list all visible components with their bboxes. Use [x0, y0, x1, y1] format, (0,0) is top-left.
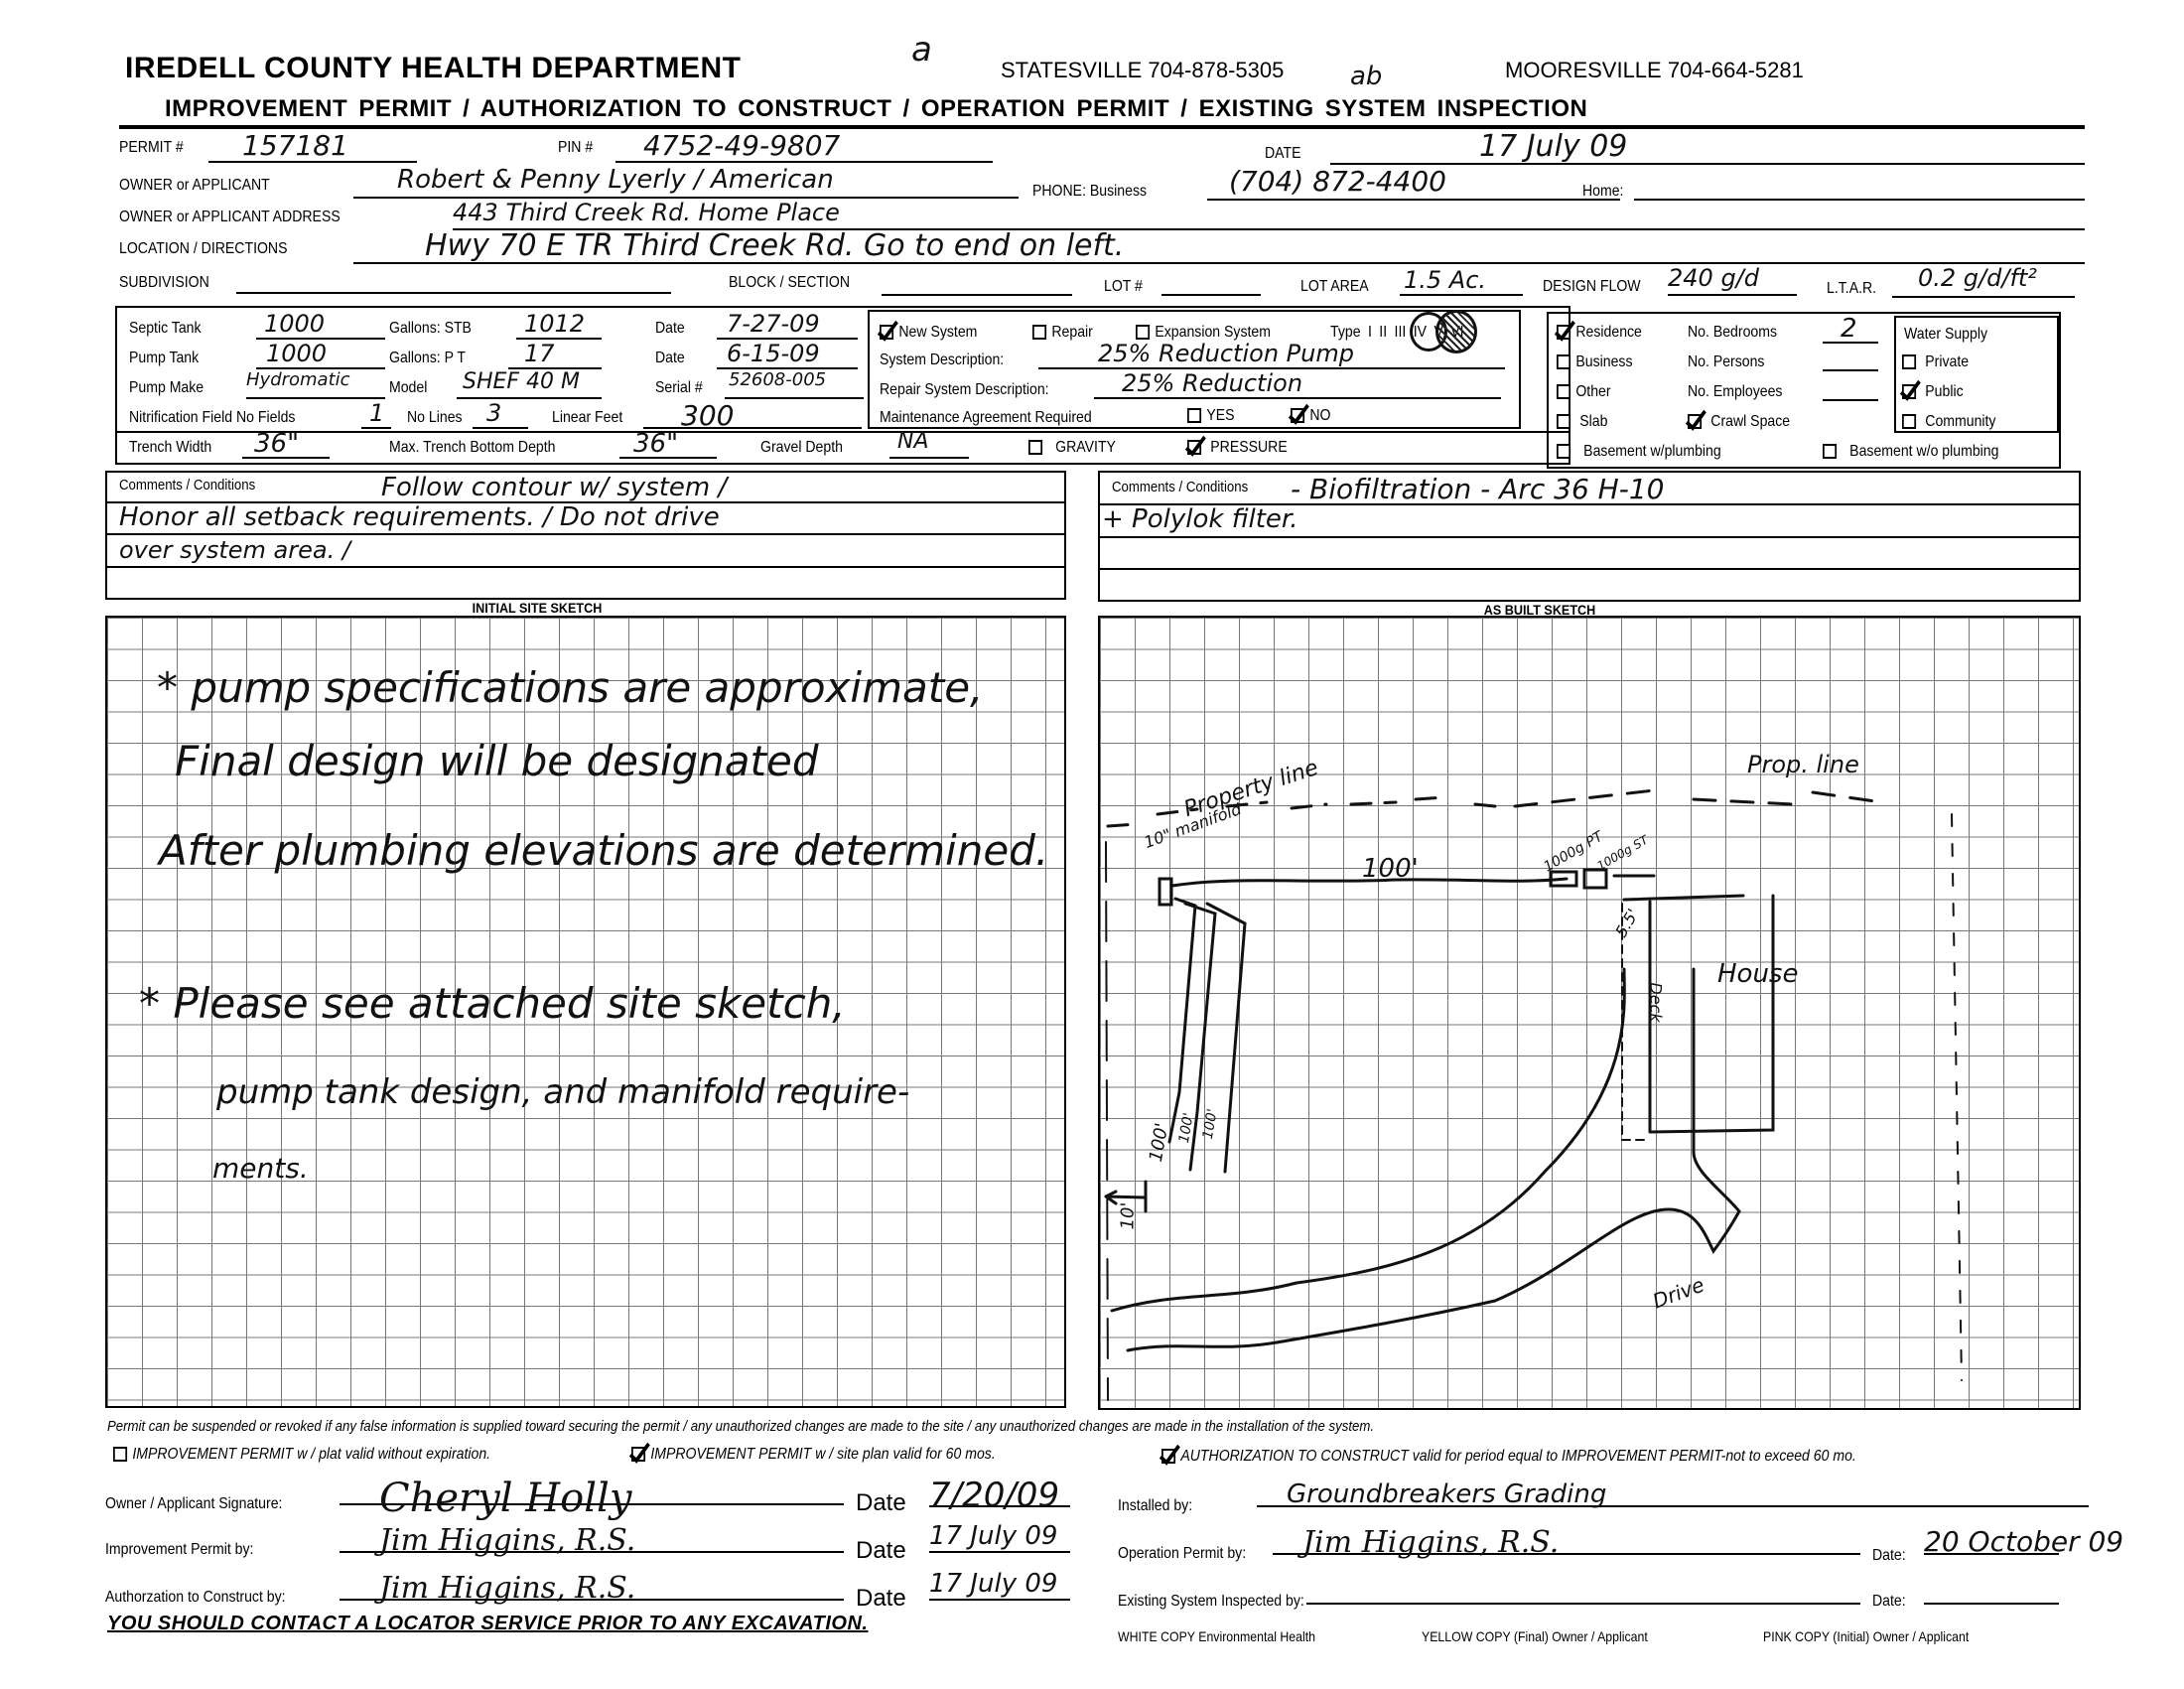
basement-wo-option[interactable]: Basement w/o plumbing: [1823, 443, 1998, 461]
sketch-note: ments.: [212, 1152, 309, 1185]
repair-checkbox[interactable]: [1032, 325, 1046, 340]
private-option[interactable]: Private: [1902, 353, 1969, 371]
public-option[interactable]: Public: [1902, 383, 1964, 401]
lot-area-field[interactable]: 1.5 Ac.: [1400, 266, 1523, 296]
gallons-stb-label: Gallons: STB: [389, 320, 472, 338]
ip-by-field[interactable]: Jim Higgins, R.S.: [340, 1523, 844, 1553]
atc-date-value: 17 July 09: [929, 1569, 1057, 1599]
owner-label: OWNER or APPLICANT: [119, 177, 270, 195]
ip-plat-label: IMPROVEMENT PERMIT w / plat valid withou…: [132, 1446, 490, 1463]
business-option[interactable]: Business: [1557, 353, 1632, 371]
pin-label: PIN #: [558, 139, 593, 157]
copy-yellow: YELLOW COPY (Final) Owner / Applicant: [1422, 1628, 1648, 1644]
comment-line: - Biofiltration - Arc 36 H-10: [1291, 473, 1664, 505]
date-value: 17 July 09: [1479, 129, 1627, 164]
bedrooms-field[interactable]: 2: [1823, 314, 1878, 344]
deck-label: Deck: [1647, 982, 1666, 1022]
linear-feet-field[interactable]: 300: [643, 399, 862, 429]
phone-business-field[interactable]: (704) 872-4400: [1207, 165, 1620, 201]
trench-width-label: Trench Width: [129, 439, 211, 457]
pressure-option[interactable]: PRESSURE: [1187, 439, 1288, 457]
date2-value: 6-15-09: [727, 340, 820, 367]
maintenance-label: Maintenance Agreement Required: [880, 409, 1092, 427]
pump-tank-label: Pump Tank: [129, 350, 199, 367]
private-checkbox[interactable]: [1902, 354, 1916, 369]
comment-line: Follow contour w/ system /: [381, 473, 727, 502]
basement-w-checkbox[interactable]: [1557, 444, 1570, 459]
design-flow-field[interactable]: 240 g/d: [1668, 264, 1797, 296]
septic-tank-label: Septic Tank: [129, 320, 202, 338]
pump-make-field[interactable]: Hydromatic: [246, 369, 385, 399]
lines-field[interactable]: 3: [473, 399, 528, 429]
ip-date-field[interactable]: 17 July 09: [929, 1521, 1070, 1553]
other-option[interactable]: Other: [1557, 383, 1611, 401]
yes-label: YES: [1206, 407, 1234, 424]
public-checkbox[interactable]: [1902, 384, 1916, 399]
other-checkbox[interactable]: [1557, 384, 1570, 399]
op-by-signature: Jim Higgins, R.S.: [1302, 1525, 1559, 1560]
pipe-length-label: 100': [1362, 854, 1419, 884]
community-checkbox[interactable]: [1902, 414, 1916, 429]
atc-label: AUTHORIZATION TO CONSTRUCT valid for per…: [1180, 1448, 1855, 1465]
serial-value: 52608-005: [729, 369, 826, 390]
op-date-label: Date:: [1872, 1547, 1906, 1565]
design-flow-value: 240 g/d: [1668, 264, 1759, 292]
new-system-label: New System: [898, 324, 977, 341]
trench-width-field[interactable]: 36": [242, 429, 330, 459]
as-built-drawing: [1098, 616, 2081, 1410]
date2-field[interactable]: 6-15-09: [717, 340, 858, 369]
gravel-depth-label: Gravel Depth: [760, 439, 843, 457]
block-field[interactable]: [882, 268, 1072, 296]
residence-option[interactable]: Residence: [1557, 324, 1642, 342]
nitrification-label: Nitrification Field No Fields: [129, 409, 295, 427]
date1-value: 7-27-09: [727, 310, 820, 338]
lot-label: LOT #: [1104, 278, 1143, 296]
private-label: Private: [1925, 353, 1969, 370]
serial-label: Serial #: [655, 379, 703, 397]
installed-field[interactable]: Groundbreakers Grading: [1257, 1479, 2089, 1507]
new-system-option[interactable]: New System: [880, 324, 977, 342]
location-field[interactable]: Hwy 70 E TR Third Creek Rd. Go to end on…: [353, 228, 2085, 264]
gravel-depth-value: NA: [897, 429, 929, 454]
address-field[interactable]: 443 Third Creek Rd. Home Place: [453, 199, 2085, 230]
property-line-label: Prop. line: [1747, 751, 1859, 778]
basement-w-option[interactable]: Basement w/plumbing: [1557, 443, 1721, 461]
slab-checkbox[interactable]: [1557, 414, 1570, 429]
locator-warning: YOU SHOULD CONTACT A LOCATOR SERVICE PRI…: [107, 1613, 868, 1635]
atc-by-signature: Jim Higgins, R.S.: [379, 1571, 635, 1606]
slab-label: Slab: [1579, 413, 1607, 430]
address-value: 443 Third Creek Rd. Home Place: [453, 199, 840, 226]
community-label: Community: [1925, 413, 1995, 430]
yes-checkbox[interactable]: [1187, 408, 1201, 423]
ltar-value: 0.2 g/d/ft²: [1918, 264, 2037, 292]
form-types-title: IMPROVEMENT PERMIT / AUTHORIZATION TO CO…: [165, 95, 1587, 123]
ip-site-checkbox[interactable]: [631, 1447, 645, 1462]
owner-field[interactable]: Robert & Penny Lyerly / American: [353, 165, 1019, 199]
lot-area-label: LOT AREA: [1300, 278, 1369, 296]
persons-field[interactable]: [1823, 346, 1878, 371]
basement-wo-label: Basement w/o plumbing: [1849, 443, 1998, 460]
lines-value: 3: [486, 399, 501, 427]
copy-pink: PINK COPY (Initial) Owner / Applicant: [1763, 1628, 1969, 1644]
comments-left-label: Comments / Conditions: [119, 477, 255, 493]
comment-line: Honor all setback requirements. / Do not…: [119, 502, 720, 532]
yes-option[interactable]: YES: [1187, 407, 1235, 425]
offset-label: 10': [1117, 1202, 1138, 1230]
installed-value: Groundbreakers Grading: [1287, 1479, 1606, 1509]
repair-description-field[interactable]: 25% Reduction: [1094, 369, 1501, 399]
persons-label: No. Persons: [1688, 353, 1764, 371]
business-checkbox[interactable]: [1557, 354, 1570, 369]
existing-label: Existing System Inspected by:: [1118, 1593, 1304, 1611]
stb-value: 1012: [524, 310, 585, 338]
crawl-option[interactable]: Crawl Space: [1688, 413, 1790, 431]
date1-field[interactable]: 7-27-09: [717, 310, 858, 340]
other-label: Other: [1575, 383, 1610, 400]
owner-date-label: Date: [856, 1489, 906, 1517]
pump-tank-value: 1000: [266, 340, 327, 367]
gravity-checkbox[interactable]: [1028, 440, 1042, 455]
no-option[interactable]: NO: [1291, 407, 1330, 425]
pt-field[interactable]: 17: [508, 340, 602, 369]
sketch-note: * pump specifications are approximate,: [157, 663, 983, 712]
repair-description-value: 25% Reduction: [1122, 369, 1302, 397]
bedrooms-label: No. Bedrooms: [1688, 324, 1777, 342]
initials-mark: a: [911, 30, 932, 70]
ip-date-label: Date: [856, 1537, 906, 1565]
ip-by-signature: Jim Higgins, R.S.: [379, 1523, 635, 1558]
atc-date-label: Date: [856, 1585, 906, 1613]
lot-field[interactable]: [1161, 270, 1261, 296]
pin-value: 4752-49-9807: [643, 129, 840, 162]
employees-field[interactable]: [1823, 375, 1878, 401]
ip-plat-option[interactable]: IMPROVEMENT PERMIT w / plat valid withou…: [113, 1446, 490, 1464]
permit-label: PERMIT #: [119, 139, 184, 157]
serial-field[interactable]: 52608-005: [725, 369, 864, 399]
copy-white: WHITE COPY Environmental Health: [1118, 1628, 1315, 1644]
model-label: Model: [389, 379, 427, 397]
department-title: IREDELL COUNTY HEALTH DEPARTMENT: [125, 52, 741, 85]
owner-value: Robert & Penny Lyerly / American: [397, 165, 834, 195]
ip-date-value: 17 July 09: [929, 1521, 1057, 1551]
date-field[interactable]: 17 July 09: [1330, 129, 2085, 165]
date-label: DATE: [1265, 145, 1301, 163]
max-depth-field[interactable]: 36": [619, 429, 717, 459]
address-label: OWNER or APPLICANT ADDRESS: [119, 209, 341, 226]
pressure-label: PRESSURE: [1210, 439, 1287, 456]
lot-area-value: 1.5 Ac.: [1404, 266, 1486, 294]
model-field[interactable]: SHEF 40 M: [457, 369, 602, 399]
permit-value: 157181: [242, 129, 348, 162]
owner-date-value: 7/20/09: [929, 1476, 1059, 1515]
crawl-checkbox[interactable]: [1688, 414, 1702, 429]
op-by-field[interactable]: Jim Higgins, R.S.: [1273, 1525, 1860, 1555]
installed-label: Installed by:: [1118, 1497, 1192, 1515]
crawl-label: Crawl Space: [1710, 413, 1790, 430]
public-label: Public: [1925, 383, 1963, 400]
model-value: SHEF 40 M: [463, 369, 580, 394]
stb-field[interactable]: 1012: [516, 310, 602, 340]
comment-line: over system area. /: [119, 536, 350, 564]
owner-sig-label: Owner / Applicant Signature:: [105, 1495, 282, 1513]
house-label: House: [1717, 959, 1798, 989]
no-label: NO: [1309, 407, 1330, 424]
basement-w-label: Basement w/plumbing: [1583, 443, 1721, 460]
block-label: BLOCK / SECTION: [729, 274, 850, 292]
permit-field[interactable]: 157181: [208, 129, 417, 163]
max-depth-value: 36": [633, 429, 678, 459]
subdivision-field[interactable]: [236, 268, 671, 294]
sketch-note: * Please see attached site sketch,: [139, 979, 846, 1028]
linear-feet-label: Linear Feet: [552, 409, 622, 427]
owner-signature: Cheryl Holly: [379, 1476, 631, 1521]
expansion-checkbox[interactable]: [1136, 325, 1150, 340]
pump-tank-field[interactable]: 1000: [256, 340, 385, 369]
description-label: System Description:: [880, 352, 1004, 369]
location-label: LOCATION / DIRECTIONS: [119, 240, 287, 258]
sketch-note: pump tank design, and manifold require-: [216, 1072, 909, 1112]
mooresville-phone: MOORESVILLE 704-664-5281: [1505, 58, 1804, 83]
op-date-field[interactable]: 20 October 09: [1924, 1525, 2059, 1555]
owner-sig-field[interactable]: Cheryl Holly: [340, 1476, 844, 1505]
new-system-checkbox[interactable]: [880, 325, 893, 340]
pump-make-value: Hydromatic: [246, 369, 350, 390]
description-field[interactable]: 25% Reduction Pump: [1038, 340, 1505, 369]
comment-line: + Polylok filter.: [1102, 504, 1297, 534]
lines-label: No Lines: [407, 409, 463, 427]
repair-label: Repair: [1051, 324, 1092, 341]
design-flow-label: DESIGN FLOW: [1543, 278, 1641, 296]
linear-feet-value: 300: [681, 399, 734, 432]
op-date-value: 20 October 09: [1924, 1525, 2123, 1558]
residence-label: Residence: [1575, 324, 1642, 341]
date1-label: Date: [655, 320, 685, 338]
description-value: 25% Reduction Pump: [1098, 340, 1354, 367]
existing-date-label: Date:: [1872, 1593, 1906, 1611]
septic-tank-value: 1000: [264, 310, 325, 338]
gravity-label: GRAVITY: [1055, 439, 1116, 456]
no-checkbox[interactable]: [1291, 408, 1304, 423]
date2-label: Date: [655, 350, 685, 367]
atc-date-field[interactable]: 17 July 09: [929, 1569, 1070, 1601]
ip-by-label: Improvement Permit by:: [105, 1541, 253, 1559]
ip-plat-checkbox[interactable]: [113, 1447, 127, 1462]
septic-tank-field[interactable]: 1000: [256, 310, 385, 340]
ip-site-label: IMPROVEMENT PERMIT w / site plan valid f…: [650, 1446, 995, 1463]
existing-date-field[interactable]: [1924, 1579, 2059, 1605]
atc-option[interactable]: AUTHORIZATION TO CONSTRUCT valid for per…: [1161, 1448, 1856, 1466]
fields-value: 1: [369, 399, 384, 427]
ip-site-option[interactable]: IMPROVEMENT PERMIT w / site plan valid f…: [631, 1446, 996, 1464]
ltar-label: L.T.A.R.: [1827, 280, 1876, 298]
trench-width-value: 36": [254, 429, 299, 459]
gallons-pt-label: Gallons: P T: [389, 350, 466, 367]
atc-by-field[interactable]: Jim Higgins, R.S.: [340, 1571, 844, 1601]
existing-field[interactable]: [1306, 1579, 1860, 1605]
max-depth-label: Max. Trench Bottom Depth: [389, 439, 555, 457]
sketch-note: After plumbing elevations are determined…: [159, 826, 1048, 875]
business-label: Business: [1575, 353, 1632, 370]
initials-mark: ab: [1350, 62, 1382, 91]
pump-make-label: Pump Make: [129, 379, 204, 397]
pt-value: 17: [524, 340, 555, 367]
subdivision-label: SUBDIVISION: [119, 274, 209, 292]
comments-right-label: Comments / Conditions: [1112, 479, 1248, 495]
statesville-phone: STATESVILLE 704-878-5305: [1001, 58, 1284, 83]
slab-option[interactable]: Slab: [1557, 413, 1607, 431]
op-by-label: Operation Permit by:: [1118, 1545, 1246, 1563]
location-value: Hwy 70 E TR Third Creek Rd. Go to end on…: [425, 228, 1124, 263]
fields-field[interactable]: 1: [361, 399, 391, 429]
pin-field[interactable]: 4752-49-9807: [615, 129, 993, 163]
sketch-note: Final design will be designated: [175, 737, 818, 785]
residence-checkbox[interactable]: [1557, 325, 1570, 340]
repair-description-label: Repair System Description:: [880, 381, 1049, 399]
expansion-label: Expansion System: [1155, 324, 1271, 341]
water-supply-title: Water Supply: [1904, 326, 1987, 344]
phone-business-value: (704) 872-4400: [1229, 165, 1446, 198]
initial-sketch-title: INITIAL SITE SKETCH: [149, 600, 926, 616]
gravel-depth-field[interactable]: NA: [889, 429, 969, 459]
employees-label: No. Employees: [1688, 383, 1782, 401]
phone-home-field[interactable]: [1634, 165, 2085, 201]
disclaimer: Permit can be suspended or revoked if an…: [107, 1418, 1374, 1435]
ltar-field[interactable]: 0.2 g/d/ft²: [1892, 264, 2075, 298]
community-option[interactable]: Community: [1902, 413, 1995, 431]
basement-wo-checkbox[interactable]: [1823, 444, 1837, 459]
bedrooms-value: 2: [1841, 314, 1857, 344]
gravity-option[interactable]: GRAVITY: [1028, 439, 1116, 457]
pressure-checkbox[interactable]: [1187, 440, 1201, 455]
owner-date-field[interactable]: 7/20/09: [929, 1476, 1070, 1507]
atc-by-label: Authorzation to Construct by:: [105, 1589, 286, 1607]
atc-checkbox[interactable]: [1161, 1449, 1175, 1464]
